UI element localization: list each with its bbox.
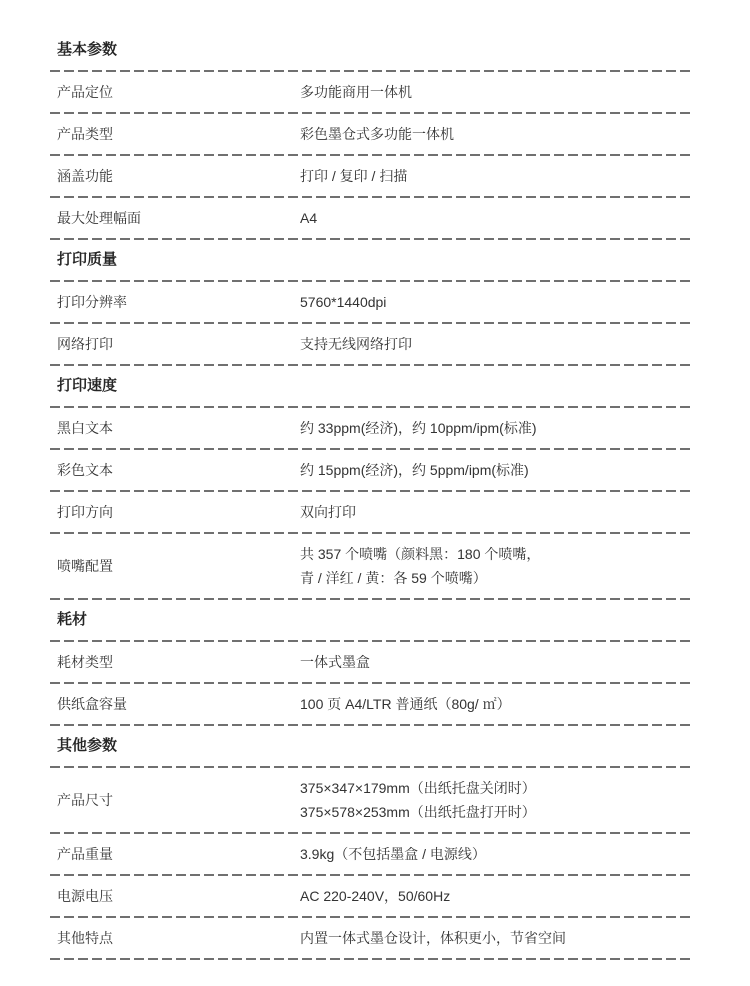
section-title-consumables: 耗材 — [50, 600, 691, 640]
spec-row-other-features: 其他特点 内置一体式墨仓设计，体积更小，节省空间 — [50, 918, 691, 958]
spec-value: A4 — [300, 206, 691, 230]
spec-row-product-weight: 产品重量 3.9kg（不包括墨盒 / 电源线） — [50, 834, 691, 874]
spec-label: 黑白文本 — [50, 416, 300, 440]
section-title-print-quality: 打印质量 — [50, 240, 691, 280]
spec-label: 彩色文本 — [50, 458, 300, 482]
section-title-other-params: 其他参数 — [50, 726, 691, 766]
spec-label: 最大处理幅面 — [50, 206, 300, 230]
spec-value: 3.9kg（不包括墨盒 / 电源线） — [300, 842, 691, 866]
spec-label: 供纸盒容量 — [50, 692, 300, 716]
spec-label: 打印分辨率 — [50, 290, 300, 314]
spec-label: 涵盖功能 — [50, 164, 300, 188]
spec-label: 喷嘴配置 — [50, 554, 300, 578]
spec-value: 375×347×179mm（出纸托盘关闭时） 375×578×253mm（出纸托… — [300, 776, 691, 824]
section-title-basic-params: 基本参数 — [50, 30, 691, 70]
spec-value: 约 33ppm(经济)，约 10ppm/ipm(标准) — [300, 416, 691, 440]
spec-row-power-voltage: 电源电压 AC 220-240V，50/60Hz — [50, 876, 691, 916]
spec-value: 共 357 个喷嘴（颜料黑：180 个喷嘴， 青 / 洋红 / 黄：各 59 个… — [300, 542, 691, 590]
spec-value: 彩色墨仓式多功能一体机 — [300, 122, 691, 146]
section-title-print-speed: 打印速度 — [50, 366, 691, 406]
spec-row-mono-text-speed: 黑白文本 约 33ppm(经济)，约 10ppm/ipm(标准) — [50, 408, 691, 448]
spec-value: AC 220-240V，50/60Hz — [300, 884, 691, 908]
spec-value: 内置一体式墨仓设计，体积更小，节省空间 — [300, 926, 691, 950]
spec-value: 支持无线网络打印 — [300, 332, 691, 356]
spec-label: 产品定位 — [50, 80, 300, 104]
spec-row-functions: 涵盖功能 打印 / 复印 / 扫描 — [50, 156, 691, 196]
spec-label: 产品重量 — [50, 842, 300, 866]
spec-row-paper-capacity: 供纸盒容量 100 页 A4/LTR 普通纸（80g/ ㎡） — [50, 684, 691, 724]
spec-row-network-print: 网络打印 支持无线网络打印 — [50, 324, 691, 364]
spec-value: 约 15ppm(经济)，约 5ppm/ipm(标准) — [300, 458, 691, 482]
spec-row-product-dimensions: 产品尺寸 375×347×179mm（出纸托盘关闭时） 375×578×253m… — [50, 768, 691, 832]
spec-row-nozzle-config: 喷嘴配置 共 357 个喷嘴（颜料黑：180 个喷嘴， 青 / 洋红 / 黄：各… — [50, 534, 691, 598]
divider — [50, 958, 691, 960]
spec-label: 耗材类型 — [50, 650, 300, 674]
spec-value: 一体式墨盒 — [300, 650, 691, 674]
spec-label: 其他特点 — [50, 926, 300, 950]
spec-value: 5760*1440dpi — [300, 290, 691, 314]
spec-label: 产品类型 — [50, 122, 300, 146]
spec-label: 产品尺寸 — [50, 788, 300, 812]
spec-label: 打印方向 — [50, 500, 300, 524]
spec-row-product-type: 产品类型 彩色墨仓式多功能一体机 — [50, 114, 691, 154]
spec-value: 打印 / 复印 / 扫描 — [300, 164, 691, 188]
spec-value: 多功能商用一体机 — [300, 80, 691, 104]
spec-row-color-text-speed: 彩色文本 约 15ppm(经济)，约 5ppm/ipm(标准) — [50, 450, 691, 490]
spec-label: 电源电压 — [50, 884, 300, 908]
spec-row-print-direction: 打印方向 双向打印 — [50, 492, 691, 532]
spec-row-max-media-size: 最大处理幅面 A4 — [50, 198, 691, 238]
spec-table: 基本参数 产品定位 多功能商用一体机 产品类型 彩色墨仓式多功能一体机 涵盖功能… — [50, 30, 691, 960]
spec-row-consumable-type: 耗材类型 一体式墨盒 — [50, 642, 691, 682]
spec-row-print-resolution: 打印分辨率 5760*1440dpi — [50, 282, 691, 322]
spec-label: 网络打印 — [50, 332, 300, 356]
spec-row-product-positioning: 产品定位 多功能商用一体机 — [50, 72, 691, 112]
spec-value: 双向打印 — [300, 500, 691, 524]
spec-value: 100 页 A4/LTR 普通纸（80g/ ㎡） — [300, 692, 691, 716]
